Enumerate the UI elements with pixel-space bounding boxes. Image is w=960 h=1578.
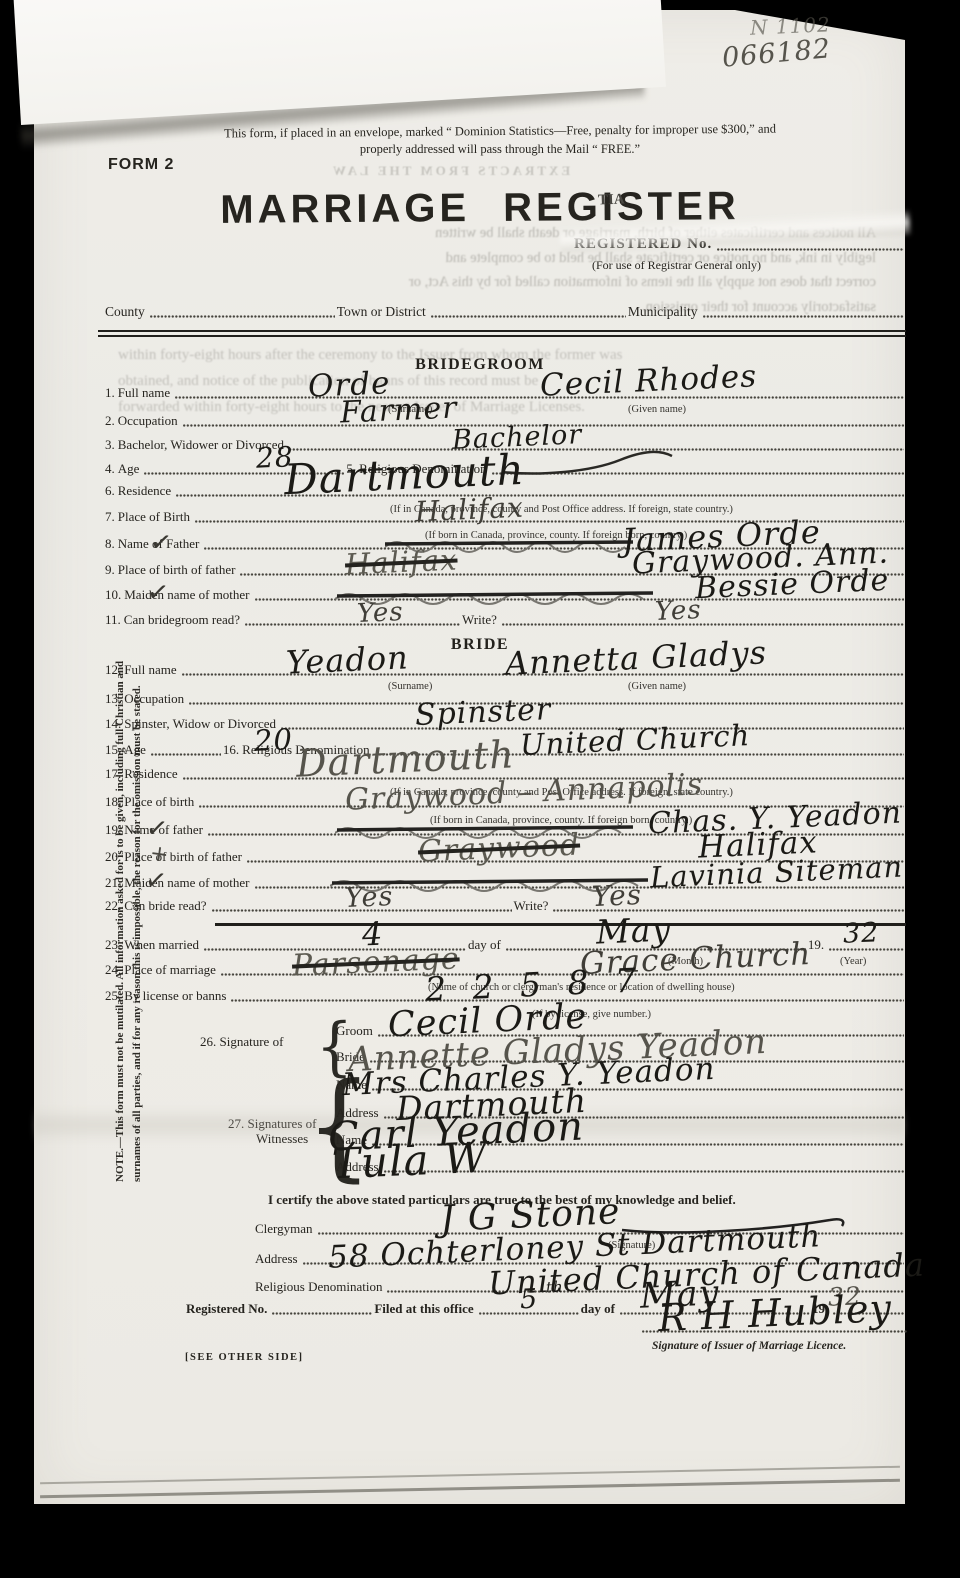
day-of-label: day of [581,1301,618,1317]
checkmark: ✓ [148,527,174,560]
ghost-line: correct that does not supply all the ite… [138,270,876,295]
crossed-out-entry: Graywood [417,830,580,867]
groom-given-handwriting: Cecil Rhodes [539,361,757,401]
registered-no-label: Registered No. [186,1301,270,1317]
form-number-label: FORM 2 [108,156,174,174]
row-number: 23. [105,937,124,953]
filed-day-handwriting: 5 [519,1286,538,1314]
field-label: Full name [118,385,173,401]
row-number: 7. [105,509,118,525]
field-label: Residence [118,483,174,499]
field-label: Place of Birth [118,509,193,525]
ghost-paragraph: within forty-eight hours after the cerem… [118,342,880,420]
field-label: Occupation [124,691,187,707]
groom-label: Groom [336,1023,376,1039]
row-number: 20. [105,849,124,865]
see-other-side-label: [SEE OTHER SIDE] [185,1352,304,1363]
row-number: 13. [105,691,124,707]
page-title: MARRIAGE REGISTER [120,183,840,233]
field-row-groom-fullname: 1. Full name [105,384,906,401]
ghost-extracts-text: EXTRACTS FROM THE LAW [330,163,570,179]
write-label: Write? [462,612,500,628]
field-row-bride-literacy: 22. Can bride read? Write? [105,897,906,914]
field-label: Maiden name of mother [124,587,252,603]
field-label: Place of marriage [124,962,219,978]
row-number: 17. [105,766,124,782]
row-number: 10. [105,587,124,603]
groom-mother-handwriting: Bessie Orde [694,566,889,604]
dotted-line [245,621,460,627]
witness2-address-handwriting: Tula W [331,1137,489,1186]
field-label: Signature of [220,1034,284,1049]
row-number: 25. [105,988,124,1004]
field-label: Occupation [118,413,181,429]
bride-status-handwriting: Spinster [414,695,551,731]
groom-can-read-handwriting: Yes [356,599,404,627]
field-label: Age [124,742,149,758]
county-label: County [105,304,148,320]
witnesses-label: 27. Signatures of [228,1116,316,1132]
religion-flourish-handwriting [500,446,675,476]
municipality-label: Municipality [628,304,701,320]
bride-can-read-handwriting: Yes [344,883,393,912]
row-number: 1. [105,385,118,401]
row-number: 2. [105,413,118,429]
signature-of-label: 26. Signature of [200,1034,283,1050]
day-of-label: day of [468,937,504,953]
dotted-line [431,313,626,319]
town-label: Town or District [337,304,429,320]
groom-birthplace-handwriting: Halifax [414,494,524,527]
row-number: 24. [105,962,124,978]
marriage-year-handwriting: 32 [842,919,880,948]
row-number: 12. [105,662,124,678]
dotted-line [272,1310,372,1316]
row-number: 14. [105,716,124,732]
filed-label: Filed at this office [374,1301,476,1317]
bride-surname-handwriting: Yeadon [285,641,409,678]
row-number: 19. [105,822,124,838]
section-rule [215,923,906,926]
row-number: 15. [105,742,124,758]
row-number: 9. [105,562,118,578]
checkmark: ✓ [144,813,170,846]
dotted-line [717,246,904,252]
registered-no-label: REGISTERED No. [574,236,715,253]
checkmark: ✓ [145,577,171,610]
field-label: Place of birth of father [124,849,245,865]
field-label: When married [124,937,202,953]
field-label: Can bridegroom read? [124,612,243,628]
row-number: 4. [105,461,118,477]
row-number: 22. [105,898,124,914]
dotted-line [150,313,335,319]
crossed-out-entry: Halifax [344,546,458,580]
double-rule [98,335,906,337]
row-number: 18. [105,794,124,810]
county-row: County Town or District Municipality [105,303,906,320]
bride-age-handwriting: 20 [253,725,293,756]
field-label: Residence [124,766,180,782]
row-number: 11. [105,612,124,628]
field-label: Place of birth of father [118,562,239,578]
denomination-label: Religious Denomination [255,1279,385,1295]
address-label: Address [255,1251,301,1267]
field-label: Age [118,461,143,477]
field-label: Place of birth [124,794,197,810]
bride-can-write-handwriting: Yes [591,881,642,911]
clergyman-label: Clergyman [255,1221,316,1237]
witnesses-label-line2: Witnesses [256,1131,308,1147]
field-row-groom-literacy: 11. Can bridegroom read? Write? [105,611,906,628]
double-rule [98,330,906,332]
issuer-signature-handwriting: R H Hubley [657,1289,892,1337]
scanned-marriage-register: EXTRACTS FROM THE LAW All notices and ce… [0,0,960,1578]
row-number: 16. [223,742,242,758]
field-label: Full name [124,662,179,678]
plus-mark: + [148,841,170,868]
field-label: Can bride read? [124,898,209,914]
write-label: Write? [514,898,552,914]
row-number: 6. [105,483,118,499]
checkmark: ✓ [143,865,169,898]
filed-day-suffix-handwriting: th [546,1280,564,1296]
row-number: 27. [228,1116,244,1131]
row-number: 26. [200,1034,216,1049]
row-number: 8. [105,536,118,552]
dotted-line [703,313,904,319]
issuer-sublabel: Signature of Issuer of Marriage Licence. [652,1340,846,1352]
dotted-line [502,621,904,627]
bride-residence-handwriting: Dartmouth [295,735,515,783]
registered-no-row: REGISTERED No. [574,236,906,253]
field-label: By license or banns [124,988,229,1004]
groom-occupation-handwriting: Farmer [339,393,458,428]
dotted-line [151,751,221,757]
row-number: 3. [105,437,118,453]
row-number: 21. [105,875,124,891]
groom-can-write-handwriting: Yes [654,597,702,625]
mail-notice-line2: properly addressed will pass through the… [150,142,850,157]
nova-scotia-fragment: TIA [598,192,625,210]
